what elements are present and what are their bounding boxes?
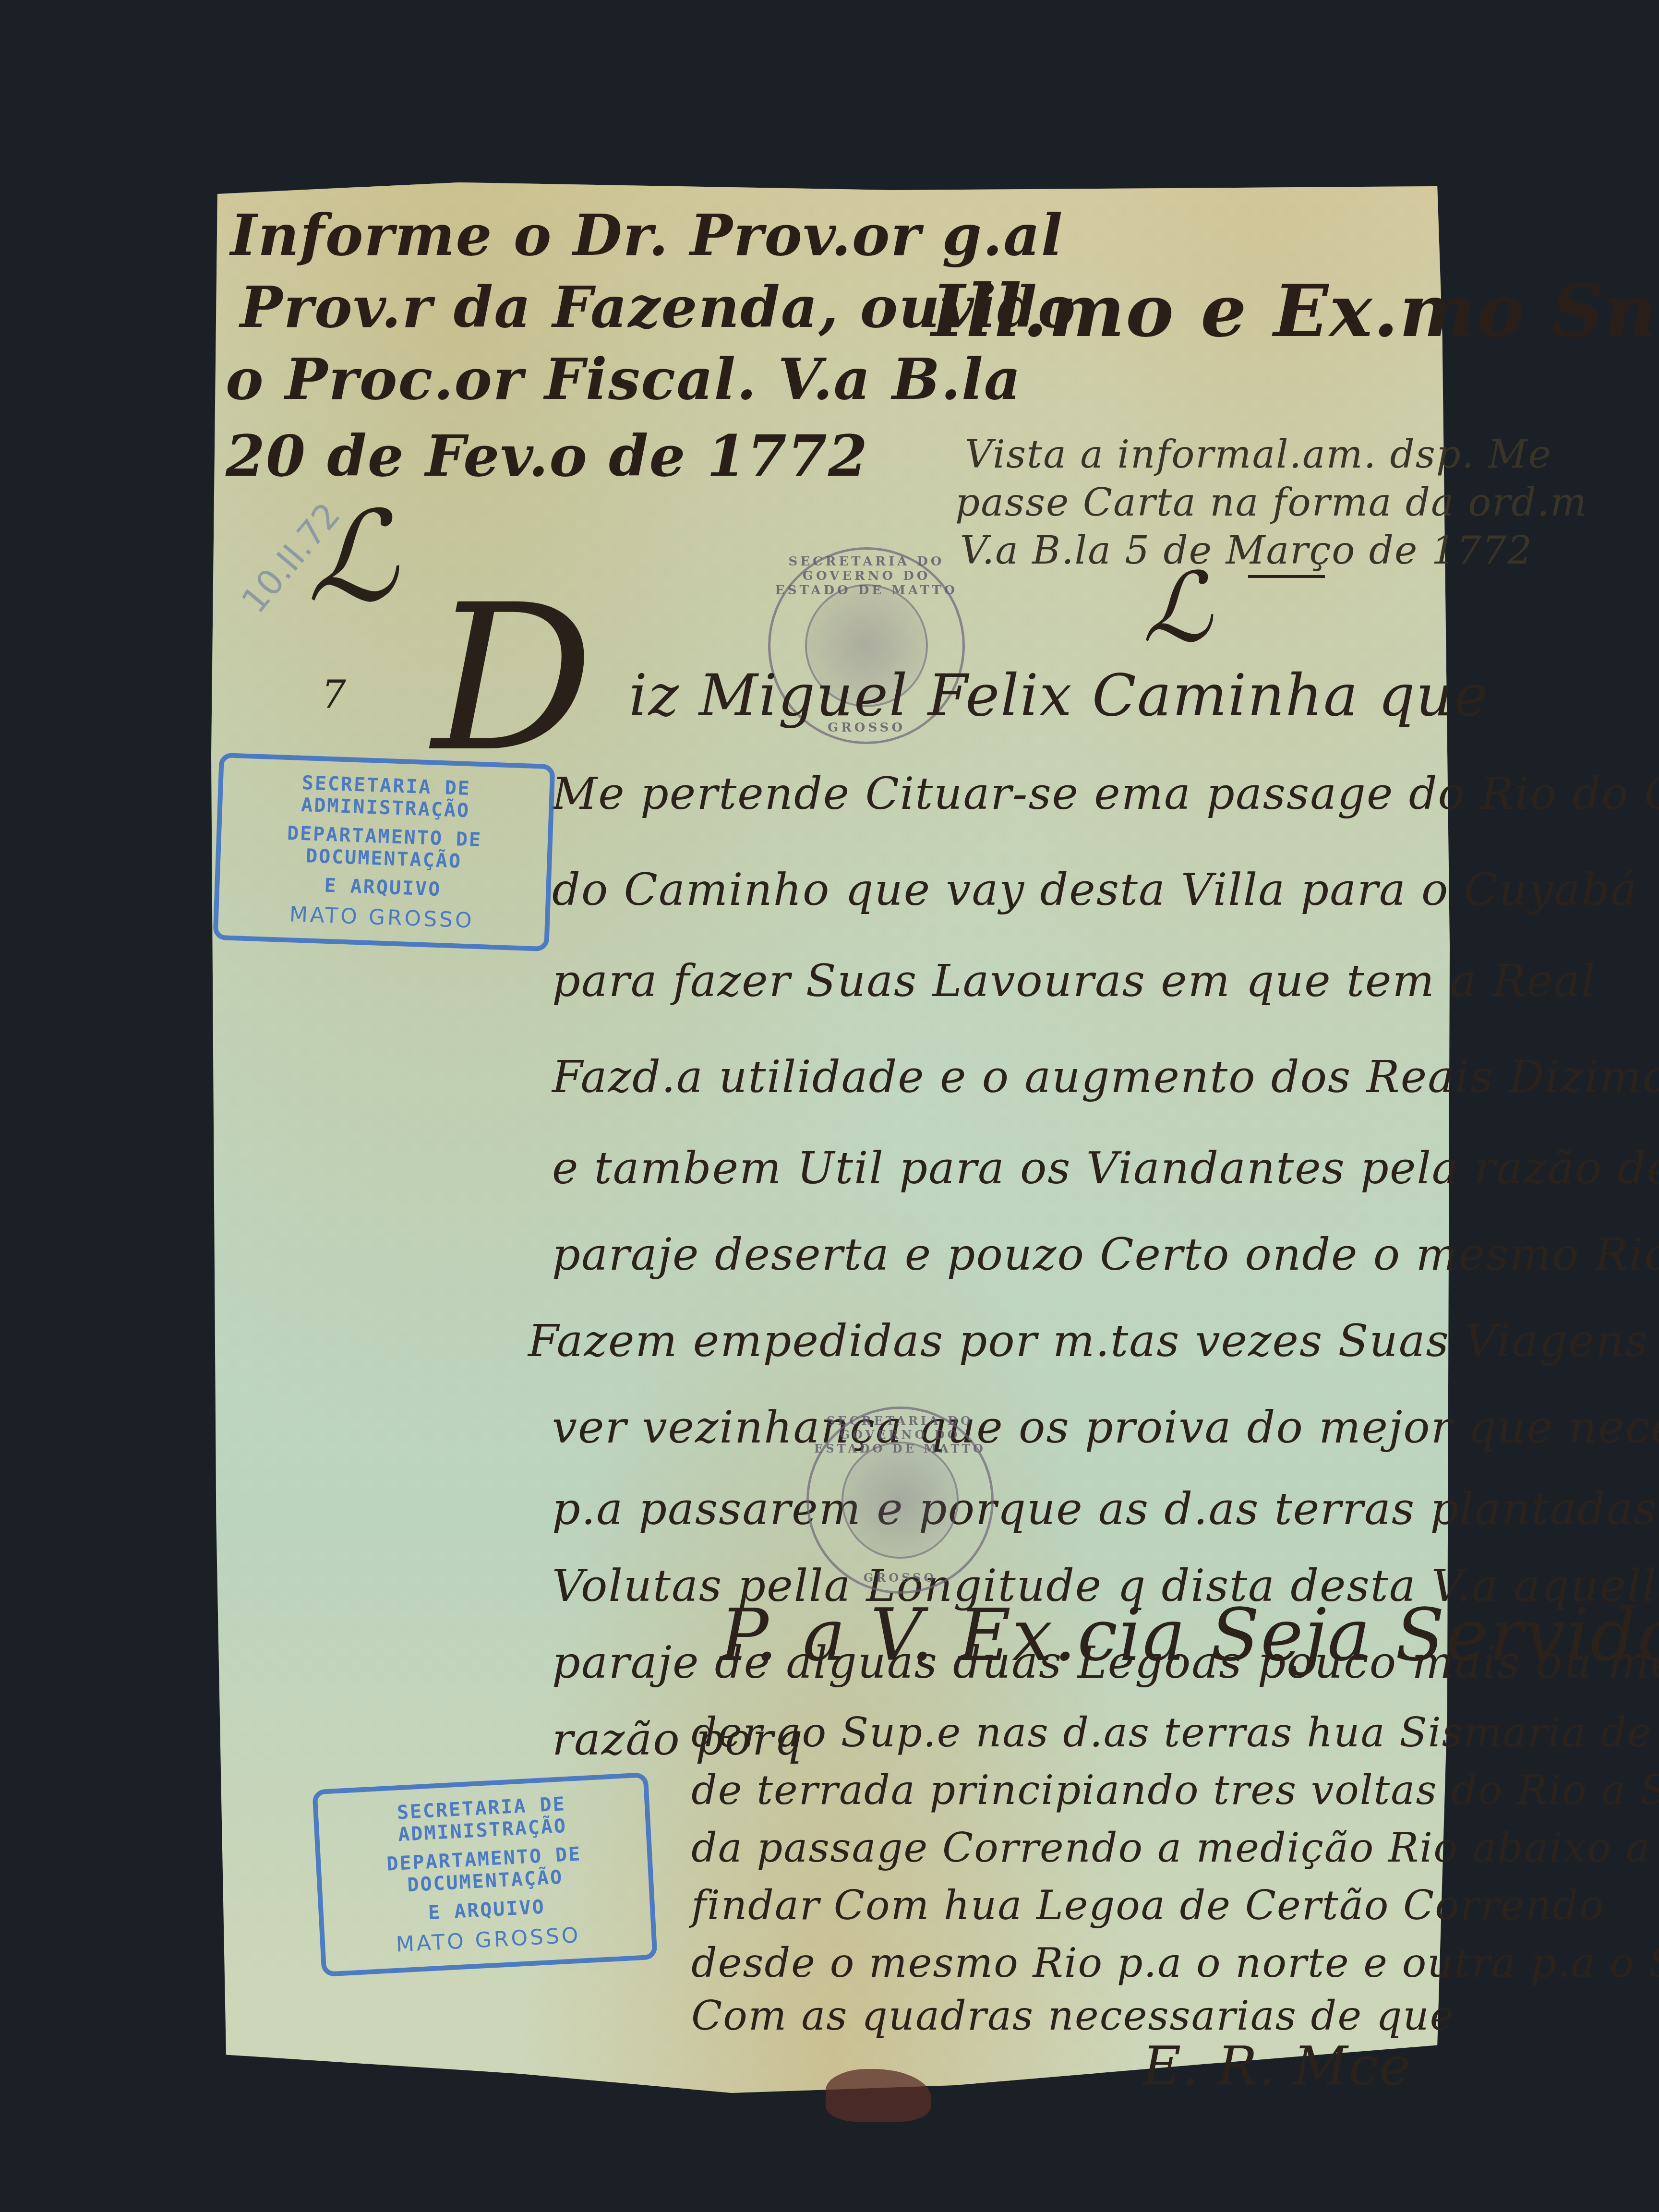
close-line-7: Com as quadras necessarias de que xyxy=(691,1992,1455,2039)
body-line-4: para fazer Suas Lavouras em que tem a Re… xyxy=(552,955,1596,1007)
stamp-line-2: DEPARTAMENTO DE DOCUMENTAÇÃO xyxy=(220,820,548,876)
body-line-5: Fazd.a utilidade e o augmento dos Reais … xyxy=(552,1051,1659,1103)
body-line-6: e tambem Util para os Viandantes pela ra… xyxy=(552,1142,1659,1194)
dispatch-line-3: V.a B.la 5 de Março de 1772 xyxy=(960,528,1533,573)
seal-top-text: SECRETARIA DO GOVERNO DO ESTADO DE MATTO xyxy=(770,554,962,598)
body-line-2: Me pertende Cituar-se ema passage do Rio… xyxy=(552,768,1659,819)
archive-stamp-lower: SECRETARIA DE ADMINISTRAÇÃO DEPARTAMENTO… xyxy=(312,1772,657,1977)
close-line-5: findar Com hua Legoa de Certão Correndo xyxy=(691,1882,1604,1929)
stamp-line-2: DEPARTAMENTO DE DOCUMENTAÇÃO xyxy=(321,1839,649,1900)
body-line-9: ver vezinhança que os proiva do mejor qu… xyxy=(552,1402,1659,1453)
body-line-8: Fazem empedidas por m.tas vezes Suas Via… xyxy=(528,1315,1659,1367)
close-line-1: P. a V. Ex.cia Seja Servido conce xyxy=(720,1594,1659,1677)
stamp-line-1: SECRETARIA DE ADMINISTRAÇÃO xyxy=(318,1789,646,1850)
close-line-6: desde o mesmo Rio p.a o norte e outra p.… xyxy=(691,1939,1659,1986)
seal-top-text: SECRETARIA DO GOVERNO DO ESTADO DE MATTO xyxy=(809,1414,991,1455)
folio-number: 7 xyxy=(322,672,347,717)
header-line-4: 20 de Fev.o de 1772 xyxy=(226,422,868,489)
seal-bottom-text: GROSSO xyxy=(809,1571,991,1585)
seal-emblem xyxy=(842,1442,959,1559)
close-line-4: da passage Correndo a medição Rio abaixo… xyxy=(691,1824,1659,1871)
closing-formula: E. R. Mce xyxy=(1142,2035,1411,2097)
body-line-3: do Caminho que vay desta Villa para o Cu… xyxy=(552,864,1638,915)
stamp-line-1: SECRETARIA DE ADMINISTRAÇÃO xyxy=(222,769,550,825)
rubric-flourish-right: ℒ xyxy=(1142,552,1212,664)
stamp-line-4: MATO GROSSO xyxy=(218,900,545,936)
dispatch-underline xyxy=(1248,575,1325,578)
dispatch-line-2: passe Carta na forma da ord.m xyxy=(955,480,1587,525)
header-line-3: o Proc.or Fiscal. V.a B.la xyxy=(226,346,1022,412)
archive-stamp-upper: SECRETARIA DE ADMINISTRAÇÃO DEPARTAMENTO… xyxy=(213,753,555,951)
rubric-flourish-left: ℒ xyxy=(307,485,397,630)
body-line-7: paraje deserta e pouzo Certo onde o mesm… xyxy=(552,1229,1659,1280)
header-line-1: Informe o Dr. Prov.or g.al xyxy=(230,202,1063,268)
circular-seal-bottom: SECRETARIA DO GOVERNO DO ESTADO DE MATTO… xyxy=(806,1407,994,1594)
close-line-3: de terrada principiando tres voltas do R… xyxy=(691,1767,1659,1814)
body-line-1: iz Miguel Felix Caminha que xyxy=(629,662,1489,729)
salutation: Ill.mo e Ex.mo Snr. xyxy=(931,269,1659,353)
dispatch-line-1: Vista a informal.am. dsp. Me xyxy=(965,432,1552,477)
stamp-line-3: E ARQUIVO xyxy=(219,871,546,904)
close-line-2: der ao Sup.e nas d.as terras hua Sismari… xyxy=(691,1709,1659,1756)
body-line-10: p.a passarem e porque as d.as terras pla… xyxy=(552,1483,1659,1535)
